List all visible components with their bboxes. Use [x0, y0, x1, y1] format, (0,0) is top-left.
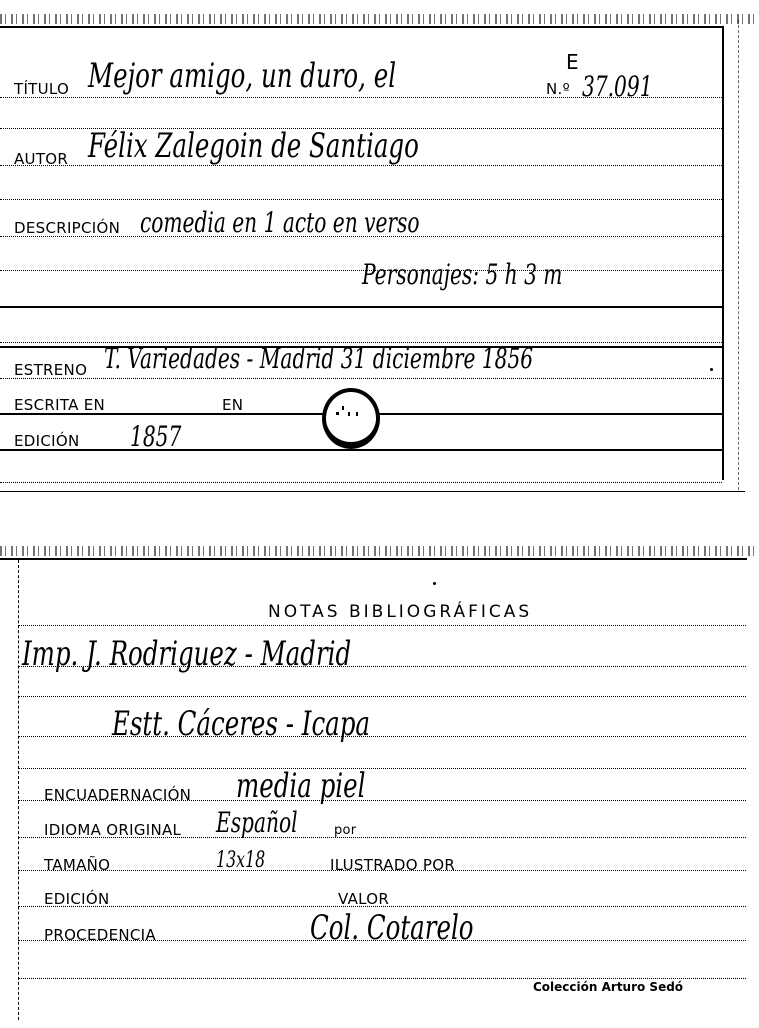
procedencia-value: Col. Cotarelo: [310, 908, 474, 948]
card-separator: [0, 491, 745, 492]
rule: [0, 306, 722, 308]
card-top-border: [0, 558, 747, 560]
personajes-value: Personajes: 5 h 3 m: [362, 258, 562, 291]
procedencia-label: PROCEDENCIA: [44, 926, 156, 944]
edicion-value: 1857: [130, 420, 181, 453]
scan-noise: [0, 14, 759, 24]
titulo-label: TÍTULO: [14, 80, 69, 98]
autor-label: AUTOR: [14, 150, 68, 168]
card-edge: [18, 560, 19, 1020]
estreno-label: ESTRENO: [14, 361, 87, 379]
notas-heading: NOTAS BIBLIOGRÁFICAS: [268, 602, 532, 622]
titulo-value: Mejor amigo, un duro, el: [88, 56, 396, 96]
note-line: Estt. Cáceres - Icapa: [112, 704, 370, 744]
rule: [18, 978, 746, 979]
encuadernacion-label: ENCUADERNACIÓN: [44, 786, 191, 804]
numero-value: 37.091: [582, 70, 653, 103]
circle-stamp-icon: [322, 388, 380, 449]
card-right-border: [722, 26, 724, 480]
rule: [18, 625, 746, 626]
edicion-label: EDICIÓN: [14, 432, 79, 450]
tamano-value: 13x18: [216, 848, 265, 873]
ink-speck: [433, 582, 436, 585]
numero-label: N.º: [546, 80, 570, 98]
valor-label: VALOR: [338, 890, 389, 908]
card-edge: [738, 20, 739, 490]
idioma-label: IDIOMA ORIGINAL: [44, 821, 181, 839]
idioma-value: Español: [216, 806, 298, 839]
escrita-en-label: ESCRITA EN: [14, 396, 105, 414]
card-top-border: [0, 26, 723, 28]
catalog-card-back: NOTAS BIBLIOGRÁFICAS Imp. J. Rodriguez -…: [0, 540, 759, 1028]
estreno-value: T. Variedades - Madrid 31 diciembre 1856: [104, 342, 533, 375]
edicion-label: EDICIÓN: [44, 890, 109, 908]
rule: [0, 378, 722, 379]
autor-value: Félix Zalegoin de Santiago: [88, 126, 419, 166]
rule: [0, 270, 722, 271]
idioma-suffix: por: [334, 823, 356, 838]
tamano-label: TAMAÑO: [44, 856, 110, 874]
numero-mark: E: [566, 50, 579, 74]
descripcion-label: DESCRIPCIÓN: [14, 219, 120, 237]
ilustrado-label: ILUSTRADO POR: [330, 856, 455, 874]
descripcion-value: comedia en 1 acto en verso: [140, 206, 420, 239]
rule: [0, 482, 722, 483]
rule: [18, 696, 746, 697]
rule: [0, 449, 722, 451]
scan-noise: [0, 546, 759, 556]
encuadernacion-value: media piel: [236, 766, 365, 806]
ink-speck: [710, 368, 713, 371]
rule: [0, 199, 722, 200]
note-line: Imp. J. Rodriguez - Madrid: [22, 634, 351, 674]
collection-footer: Colección Arturo Sedó: [533, 980, 683, 994]
catalog-card-front: TÍTULO Mejor amigo, un duro, el E N.º 37…: [0, 0, 759, 492]
en-label: EN: [222, 396, 243, 414]
rule: [18, 768, 746, 769]
